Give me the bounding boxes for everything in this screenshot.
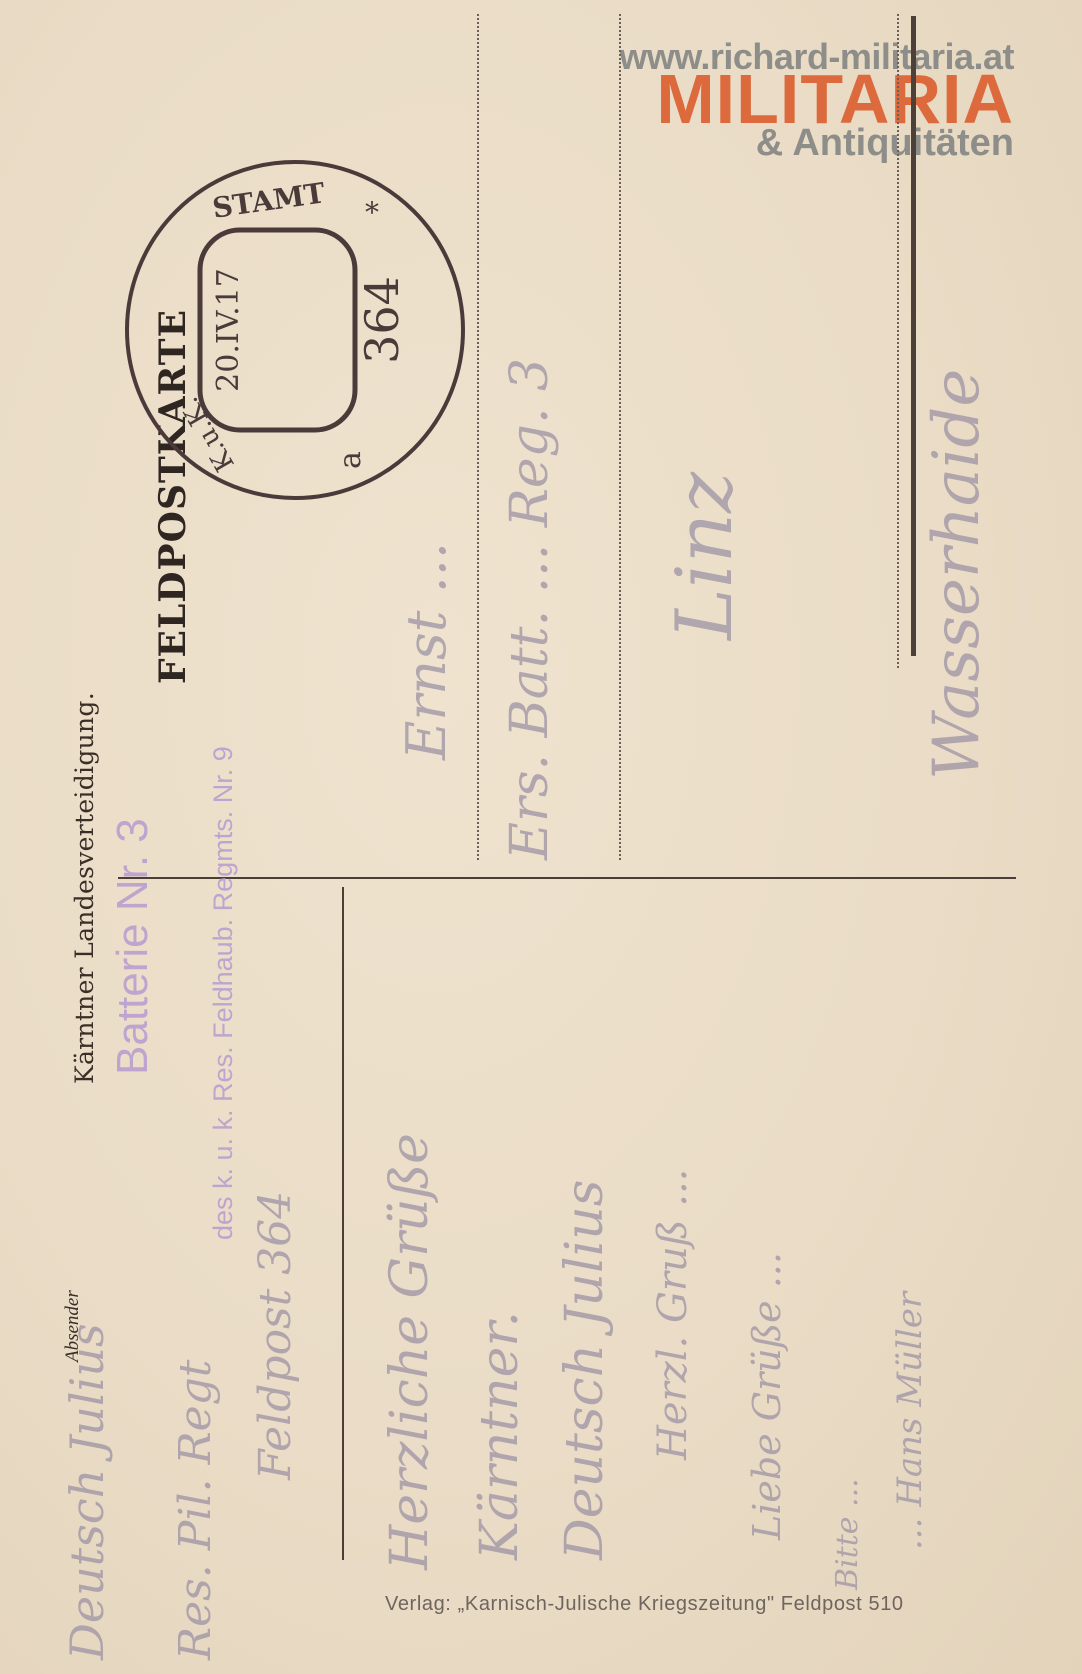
card-horizontal-divider xyxy=(118,877,1016,879)
handwriting-address-1: Ernst ... xyxy=(395,542,458,760)
unit-stamp-line1: Batterie Nr. 3 xyxy=(108,818,158,1075)
watermark-subtitle: & Antiquitäten xyxy=(756,122,1014,165)
postmark-date: 20.IV.17 xyxy=(211,268,246,392)
unit-stamp-line2: des k. u. k. Res. Feldhaub. Regmts. Nr. … xyxy=(208,746,239,1240)
handwriting-message-6: Bitte ... xyxy=(830,1478,865,1590)
handwriting-message-4: Herzl. Gruß ... xyxy=(650,1169,696,1460)
postmark-star: * xyxy=(365,196,379,229)
handwriting-message-2: Kärntner. xyxy=(470,1311,530,1560)
handwriting-message-5: Liebe Grüße ... xyxy=(745,1252,789,1540)
handwriting-sender-2: Res. Pil. Regt xyxy=(170,1360,221,1660)
address-dotted-line-1 xyxy=(477,14,479,860)
handwriting-message-7: ... Hans Müller xyxy=(890,1292,930,1550)
handwriting-address-2: Ers. Batt. ... Reg. 3 xyxy=(500,358,560,860)
stamp-box-line xyxy=(911,16,916,656)
card-vertical-divider xyxy=(342,887,344,1560)
address-dotted-line-3 xyxy=(897,14,899,668)
postmark-number: 364 xyxy=(355,276,409,364)
svg-text:K.u.K.: K.u.K. xyxy=(175,392,241,477)
svg-text:STAMT: STAMT xyxy=(210,176,327,224)
handwriting-message-3: Deutsch Julius xyxy=(555,1180,615,1560)
handwriting-sender-3: Feldpost 364 xyxy=(250,1191,301,1480)
handwriting-address-3: Linz xyxy=(660,472,750,640)
card-header-subtitle: Kärntner Landesverteidigung. xyxy=(70,692,99,1084)
postmark-stamp: 20.IV.17 364 a * STAMT K.u.K. xyxy=(120,150,470,510)
handwriting-sender-1: Deutsch Julius xyxy=(60,1323,114,1660)
handwriting-message-1: Herzliche Grüße xyxy=(380,1133,440,1570)
handwriting-address-4: Wasserhaide xyxy=(920,369,994,780)
publisher-line: Verlag: „Karnisch-Julische Kriegszeitung… xyxy=(385,1593,904,1616)
postmark-suffix: a xyxy=(333,451,368,469)
postcard: www.richard-militaria.at MILITARIA & Ant… xyxy=(0,0,1082,1674)
address-dotted-line-2 xyxy=(619,14,621,860)
